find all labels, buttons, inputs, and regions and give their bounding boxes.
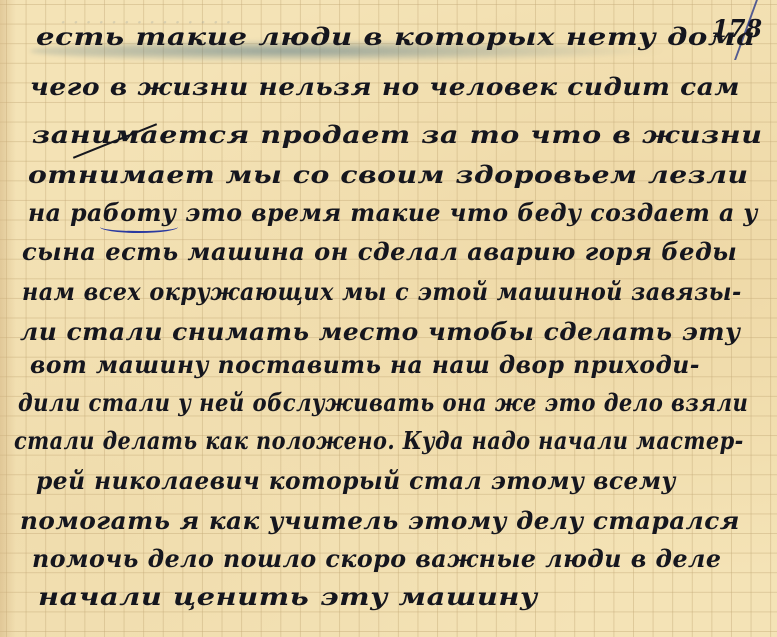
text-line-15: начали ценить эту машину bbox=[38, 582, 538, 611]
text-line-8: ли стали снимать место чтобы сделать эту bbox=[20, 317, 740, 346]
text-line-14: помочь дело пошло скоро важные люди в де… bbox=[32, 544, 721, 573]
text-line-4: отнимает мы со своим здоровьем лезли bbox=[28, 160, 749, 189]
text-line-13: помогать я как учитель этому делу старал… bbox=[20, 506, 740, 535]
page-edge-shading bbox=[0, 0, 16, 637]
text-line-7: нам всех окружающих мы с этой машиной за… bbox=[22, 277, 742, 306]
blue-underline-correction bbox=[100, 221, 178, 233]
text-line-1: есть такие люди в которых нету дома bbox=[36, 22, 756, 51]
text-line-12: рей николаевич который стал этому всему bbox=[36, 466, 676, 495]
text-line-11: стали делать как положено. Куда надо нач… bbox=[14, 426, 744, 455]
text-line-2: чего в жизни нельзя но человек сидит сам bbox=[30, 72, 740, 101]
text-line-10: дили стали у ней обслуживать она же это … bbox=[18, 388, 748, 417]
text-line-6: сына есть машина он сделал аварию горя б… bbox=[22, 237, 737, 266]
manuscript-page: · · · · · · · · · · · · · · 178 есть так… bbox=[0, 0, 777, 637]
text-line-9: вот машину поставить на наш двор приходи… bbox=[30, 350, 700, 379]
text-line-3: занимается продает за то что в жизни bbox=[32, 120, 763, 149]
